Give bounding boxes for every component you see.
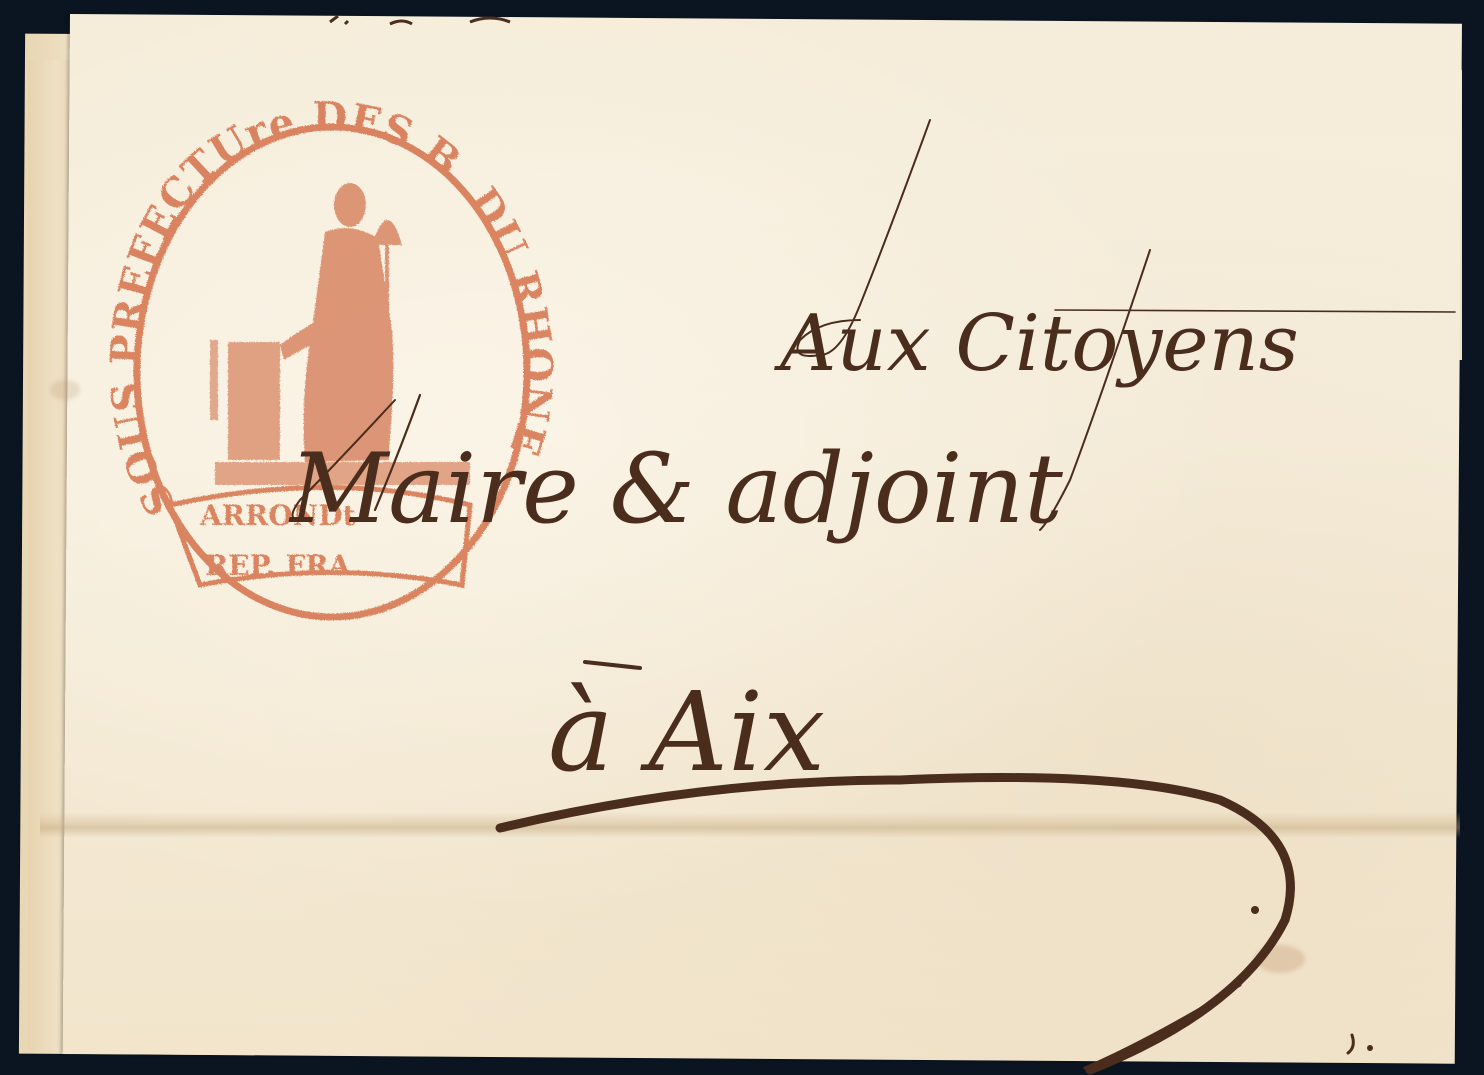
- address-line-3: à Aix: [548, 668, 825, 796]
- address-line-1: Aux Citoyens: [774, 299, 1299, 389]
- top-edge-ink-marks: [330, 16, 510, 24]
- handwritten-address: [293, 120, 1456, 1070]
- address-line-2: Maire & adjoint: [288, 433, 1063, 545]
- letter-photograph: SOUS PREFECTUre DES B. DU RHONE ARRONDt …: [0, 0, 1484, 1075]
- markings-layer: SOUS PREFECTUre DES B. DU RHONE ARRONDt …: [0, 0, 1484, 1075]
- seal-banner-line-2: REP. FRA: [205, 549, 352, 582]
